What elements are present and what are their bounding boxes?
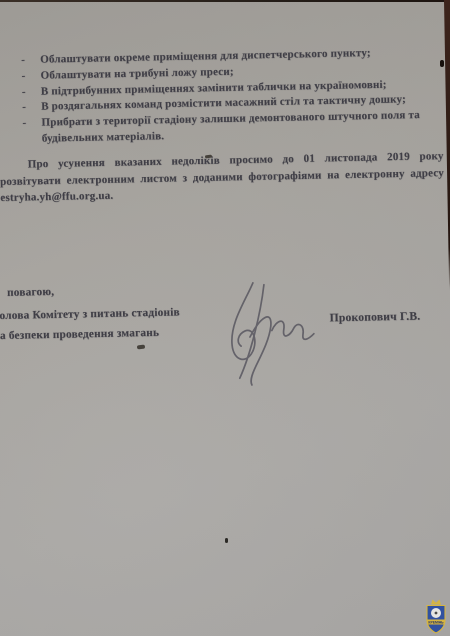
body-paragraph: Про усунення вказаних недоліків просимо … [0, 148, 444, 206]
bullet-dash: - [22, 116, 42, 148]
bullet-dash: - [22, 84, 41, 100]
photographed-letter: - Облаштувати окреме приміщення для дисп… [0, 0, 450, 636]
bullet-dash: - [22, 100, 41, 116]
list-item-text: Прибрати з території стадіону залишки де… [41, 108, 438, 148]
bullet-dash: - [21, 53, 40, 69]
crest-ball-pentagon [435, 612, 438, 615]
paper-edge-notch [440, 60, 444, 67]
deficiency-list: - Облаштувати окреме приміщення для дисп… [21, 45, 438, 148]
signer-title-line-1: олова Комітету з питань стадіонів [0, 306, 180, 322]
ink-speck [225, 538, 228, 543]
closing-salutation: повагою, [7, 286, 54, 299]
signer-name: Прокопович Г.В. [329, 310, 420, 325]
photo-right-edge-shadow [440, 0, 450, 292]
signer-title-line-2: а безпеки проведення змагань [0, 327, 159, 342]
crest-crown-icon [431, 600, 441, 605]
signature-block: повагою, олова Комітету з питань стадіон… [0, 275, 450, 399]
crest-club-name: КРЕМІНЬ [428, 620, 444, 624]
photo-top-edge-shadow [0, 0, 450, 2]
handwritten-signature [219, 274, 321, 388]
club-crest-watermark: КРЕМІНЬ [424, 598, 448, 635]
bullet-dash: - [21, 68, 40, 84]
